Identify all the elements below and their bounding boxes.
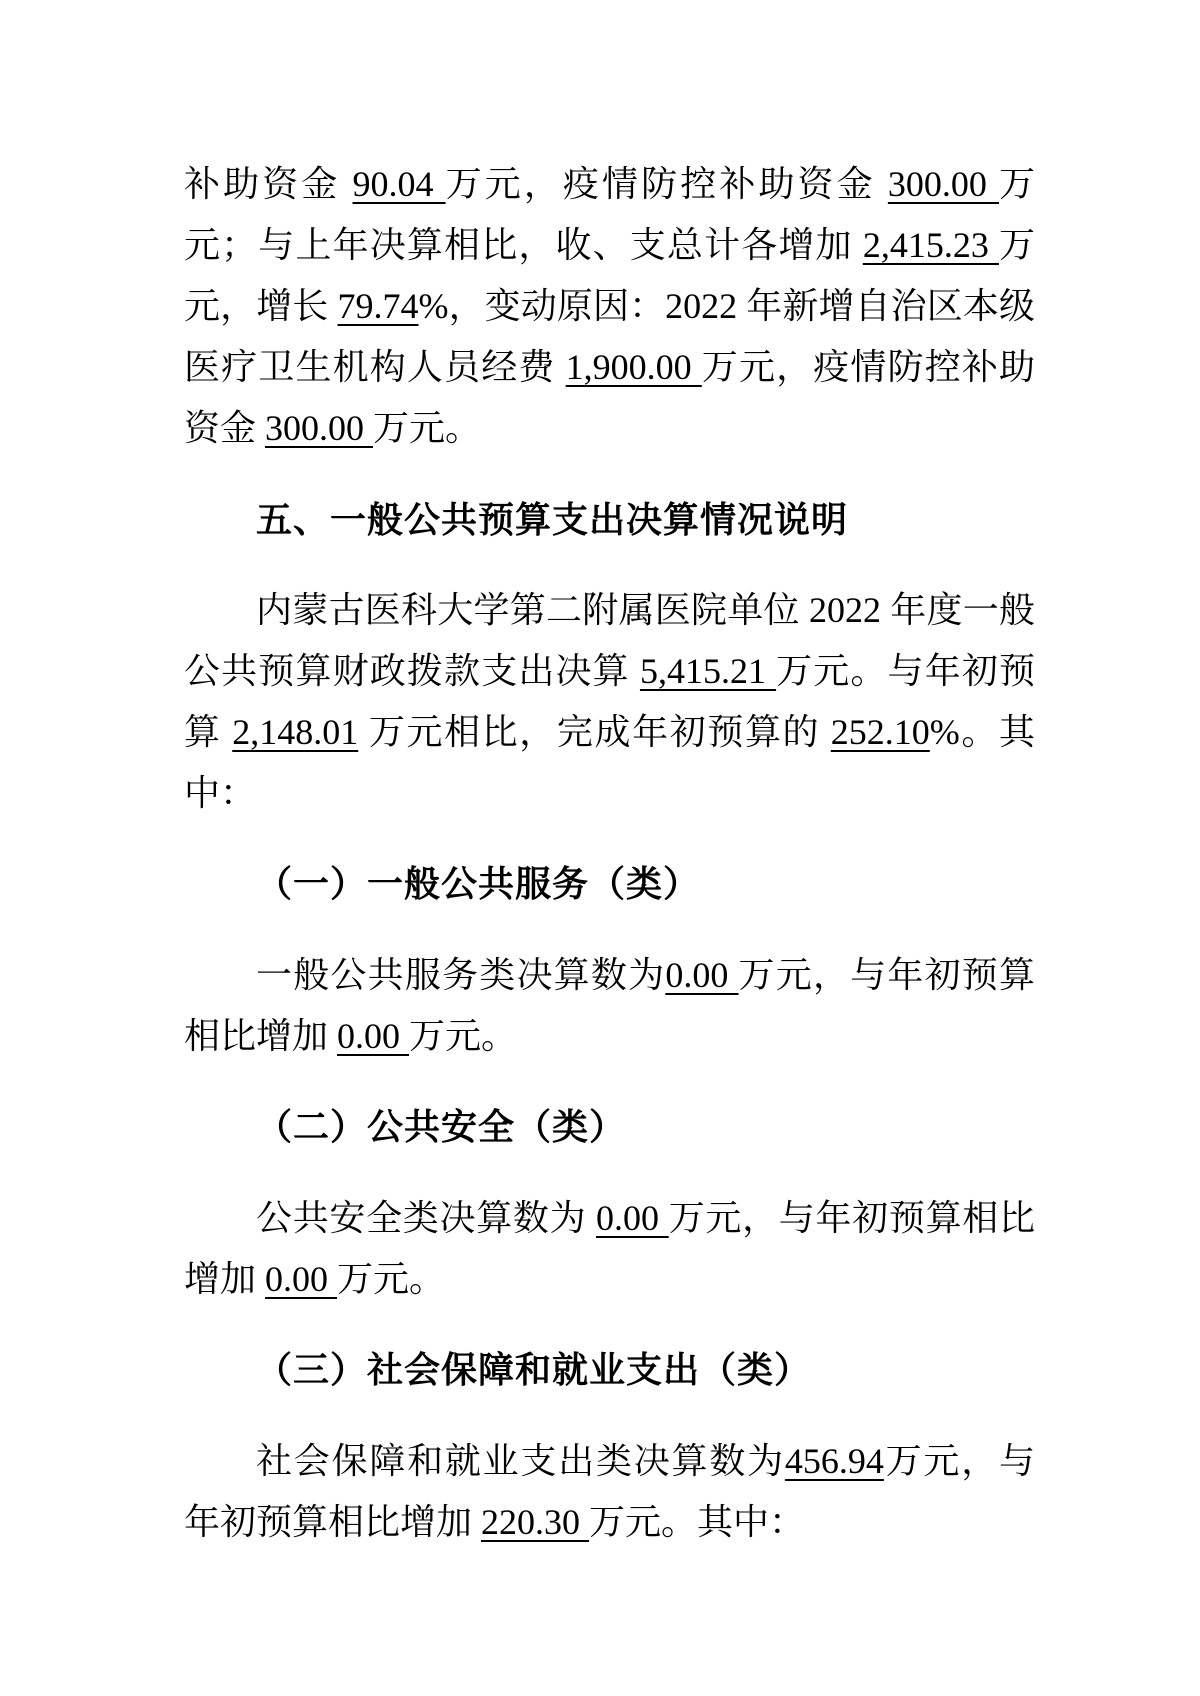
text-run: 补助资金 xyxy=(184,164,353,204)
text-run: 万元。 xyxy=(409,1016,517,1056)
underlined-value: 79.74 xyxy=(338,286,419,326)
document-page: 补助资金 90.04 万元，疫情防控补助资金 300.00 万元；与上年决算相比… xyxy=(0,0,1200,1696)
text-run: （三）社会保障和就业支出（类） xyxy=(256,1350,811,1390)
text-run: 万元，疫情防控补助资金 xyxy=(446,164,888,204)
text-run: 万元。 xyxy=(373,408,481,448)
underlined-value: 2,415.23 xyxy=(863,225,999,265)
para-budget-expenditure-overview: 内蒙古医科大学第二附属医院单位 2022 年度一般公共预算财政拨款支出决算 5,… xyxy=(184,580,1035,824)
underlined-value: 2,148.01 xyxy=(232,712,358,752)
document-body: 补助资金 90.04 万元，疫情防控补助资金 300.00 万元；与上年决算相比… xyxy=(184,154,1035,1553)
heading-section-five-general-public-budget-expenditure: 五、一般公共预算支出决算情况说明 xyxy=(184,489,1035,550)
text-run: （一）一般公共服务（类） xyxy=(256,864,700,904)
underlined-value: 220.30 xyxy=(481,1502,589,1542)
underlined-value: 300.00 xyxy=(265,408,373,448)
text-run: 万元相比，完成年初预算的 xyxy=(358,712,831,752)
text-run: 公共安全类决算数为 xyxy=(256,1198,596,1238)
underlined-value: 1,900.00 xyxy=(566,347,702,387)
para-carryover-subsidy-totals: 补助资金 90.04 万元，疫情防控补助资金 300.00 万元；与上年决算相比… xyxy=(184,154,1035,459)
text-run: 一般公共服务类决算数为 xyxy=(256,955,665,995)
underlined-value: 0.00 xyxy=(596,1198,669,1238)
subheading-two-public-safety: （二）公共安全（类） xyxy=(184,1097,1035,1158)
para-social-security-employment: 社会保障和就业支出类决算数为456.94万元，与年初预算相比增加 220.30 … xyxy=(184,1431,1035,1553)
underlined-value: 90.04 xyxy=(353,164,446,204)
subheading-one-general-public-services: （一）一般公共服务（类） xyxy=(184,854,1035,915)
underlined-value: 456.94 xyxy=(785,1441,884,1481)
text-run: 社会保障和就业支出类决算数为 xyxy=(256,1441,785,1481)
underlined-value: 0.00 xyxy=(265,1259,337,1299)
underlined-value: 0.00 xyxy=(665,955,738,995)
para-public-safety: 公共安全类决算数为 0.00 万元，与年初预算相比增加 0.00 万元。 xyxy=(184,1188,1035,1310)
text-run: 万元。其中： xyxy=(589,1502,805,1542)
subheading-three-social-security-employment: （三）社会保障和就业支出（类） xyxy=(184,1340,1035,1401)
text-run: 万元。 xyxy=(337,1259,445,1299)
underlined-value: 5,415.21 xyxy=(640,651,776,691)
text-run: （二）公共安全（类） xyxy=(256,1107,626,1147)
underlined-value: 252.10 xyxy=(831,712,930,752)
underlined-value: 300.00 xyxy=(888,164,999,204)
underlined-value: 0.00 xyxy=(337,1016,409,1056)
text-run: 五、一般公共预算支出决算情况说明 xyxy=(256,499,848,540)
para-general-public-services: 一般公共服务类决算数为0.00 万元，与年初预算相比增加 0.00 万元。 xyxy=(184,945,1035,1067)
